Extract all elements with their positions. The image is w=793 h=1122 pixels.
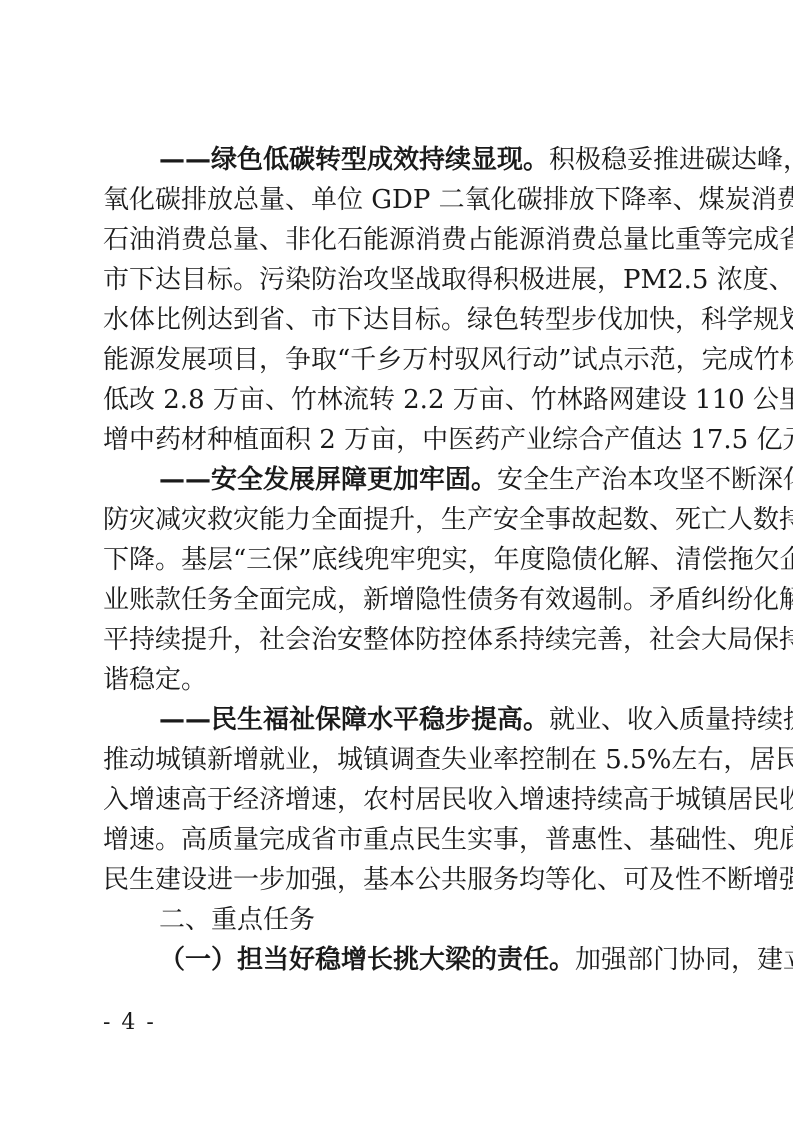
text-line: 业账款任务全面完成，新增隐性债务有效遏制。矛盾纠纷化解水 xyxy=(103,580,693,620)
text-line: 氧化碳排放总量、单位 GDP 二氧化碳排放下降率、煤炭消费总量、 xyxy=(103,180,693,220)
text-line: 水体比例达到省、市下达目标。绿色转型步伐加快，科学规划新 xyxy=(103,300,693,340)
text-segment: 加强部门协同，建立国 xyxy=(575,945,793,975)
text-line: 入增速高于经济增速，农村居民收入增速持续高于城镇居民收入 xyxy=(103,780,693,820)
paragraph-livelihood-line-1: ——民生福祉保障水平稳步提高。就业、收入质量持续提升， xyxy=(103,700,693,740)
text-line: 下降。基层“三保”底线兜牢兜实，年度隐债化解、清偿拖欠企 xyxy=(103,540,693,580)
section-heading: 二、重点任务 xyxy=(103,900,693,940)
page-number: - 4 - xyxy=(103,1010,156,1035)
text-line: 能源发展项目，争取“千乡万村驭风行动”试点示范，完成竹林 xyxy=(103,340,693,380)
text-line: 市下达目标。污染防治攻坚战取得积极进展，PM2.5 浓度、优良 xyxy=(103,260,693,300)
text-line: 增速。高质量完成省市重点民生实事，普惠性、基础性、兜底性 xyxy=(103,820,693,860)
text-line: 防灾减灾救灾能力全面提升，生产安全事故起数、死亡人数持续 xyxy=(103,500,693,540)
text-line: 石油消费总量、非化石能源消费占能源消费总量比重等完成省、 xyxy=(103,220,693,260)
text-segment: 就业、收入质量持续提升， xyxy=(549,705,793,735)
text-line: 谐稳定。 xyxy=(103,660,693,700)
paragraph-green-lowcarbon-line-1: ——绿色低碳转型成效持续显现。积极稳妥推进碳达峰，二 xyxy=(103,140,693,180)
document-page: ——绿色低碳转型成效持续显现。积极稳妥推进碳达峰，二 氧化碳排放总量、单位 GD… xyxy=(103,140,693,980)
subsection-lead: （一）担当好稳增长挑大梁的责任。 xyxy=(159,945,575,975)
text-segment: 安全生产治本攻坚不断深化， xyxy=(497,465,793,495)
paragraph-lead-livelihood: ——民生福祉保障水平稳步提高。 xyxy=(159,705,549,735)
text-segment: 积极稳妥推进碳达峰，二 xyxy=(549,145,793,175)
paragraph-safety-line-1: ——安全发展屏障更加牢固。安全生产治本攻坚不断深化， xyxy=(103,460,693,500)
text-line: 平持续提升，社会治安整体防控体系持续完善，社会大局保持和 xyxy=(103,620,693,660)
paragraph-lead-green-lowcarbon: ——绿色低碳转型成效持续显现。 xyxy=(159,145,549,175)
text-line: 低改 2.8 万亩、竹林流转 2.2 万亩、竹林路网建设 110 公里，新 xyxy=(103,380,693,420)
paragraph-lead-safety: ——安全发展屏障更加牢固。 xyxy=(159,465,497,495)
text-line: 民生建设进一步加强，基本公共服务均等化、可及性不断增强。 xyxy=(103,860,693,900)
text-line: 推动城镇新增就业，城镇调查失业率控制在 5.5%左右，居民收 xyxy=(103,740,693,780)
text-line: 增中药材种植面积 2 万亩，中医药产业综合产值达 17.5 亿元以上。 xyxy=(103,420,693,460)
subsection-line-1: （一）担当好稳增长挑大梁的责任。加强部门协同，建立国 xyxy=(103,940,693,980)
